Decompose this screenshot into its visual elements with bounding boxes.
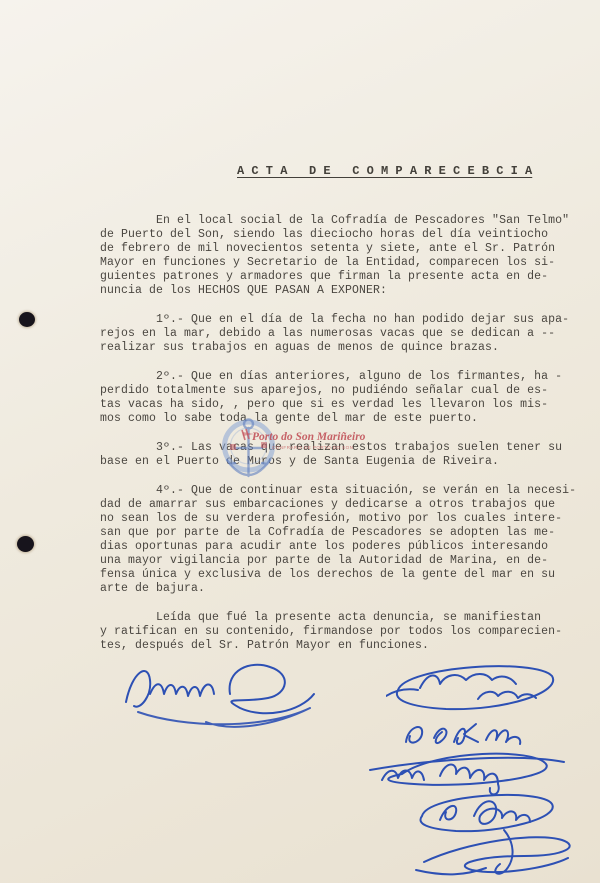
stamp-caps-text: CONFRARÍA DE PORTO DO SON (272, 444, 353, 450)
document-title: A C T A D E C O M P A R E C E B C I A (237, 164, 532, 178)
signature-jeronimo (112, 650, 322, 743)
anchor-lifebuoy-icon: Porto do Son Mariñeiro CONFRARÍA DE PORT… (208, 414, 393, 506)
punch-hole-bottom (17, 536, 34, 552)
punch-hole-top (19, 312, 35, 327)
paragraph-closing: Leída que fué la presente acta denuncia,… (100, 611, 578, 653)
scanned-document-page: A C T A D E C O M P A R E C E B C I A En… (0, 0, 600, 883)
signature-flourish (406, 824, 584, 883)
signature-romero-pouso (386, 654, 564, 721)
guild-stamp: Porto do Son Mariñeiro CONFRARÍA DE PORT… (208, 414, 393, 506)
paragraph-point-1: 1º.- Que en el día de la fecha no han po… (100, 313, 578, 355)
stamp-script-text: Porto do Son Mariñeiro (252, 431, 366, 443)
paragraph-intro: En el local social de la Cofradía de Pes… (100, 214, 578, 298)
